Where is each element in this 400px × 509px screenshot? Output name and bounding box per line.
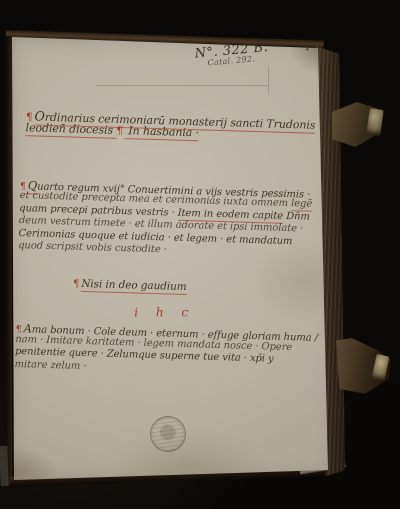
- clasp-bottom-icon: [336, 338, 392, 396]
- catalog-number: Catal. 292.: [207, 53, 269, 68]
- manuscript-page: N°. 322 B. Catal. 292. 1 ¶Ordinarius cer…: [6, 34, 340, 484]
- manuscript-photo: N°. 322 B. Catal. 292. 1 ¶Ordinarius cer…: [0, 0, 400, 509]
- ruling-line-horizontal: [96, 85, 268, 86]
- body-line-1: ¶Quarto regum xvij° Conuertimini a vijs …: [20, 178, 311, 201]
- clasp-top-icon: [332, 100, 388, 150]
- body-line-5: Cerimonias quoque et iudicia · et legem …: [18, 228, 292, 247]
- heading-line-2: leodien̄ diocesis ¶ In hasbania ·: [25, 121, 199, 139]
- clasp-metal-tip: [366, 108, 383, 136]
- maxims-line-1: ¶Ama bonum · Cole deum · eternum · effug…: [16, 321, 319, 344]
- cloth-sliver: [0, 446, 9, 486]
- body-line-6: quod scripsit vobis custodite ·: [18, 240, 167, 255]
- body-text-underlined: Item in eodem capite: [178, 208, 284, 224]
- body-text-underlined: legē: [291, 198, 312, 212]
- paraph-mark: ¶: [16, 324, 22, 335]
- paraph-mark: ¶: [20, 181, 26, 192]
- book-cover-left-edge: [5, 36, 12, 484]
- paraph-mark: ¶: [73, 279, 80, 290]
- motto-text: Nisi in deo gaudium: [81, 278, 187, 295]
- maxims-text: ma bonum · Cole deum · eternum · effuge …: [32, 324, 318, 343]
- body-text: et custodite precepta mea et cerimonias …: [19, 190, 291, 209]
- heading-initial: O: [34, 108, 45, 123]
- body-initial: Q: [28, 178, 38, 192]
- maxims-line-3: penitentie quere · Zelumque superne tue …: [15, 346, 274, 365]
- body-line-3: quam precepi patribus vestris · Item in …: [19, 203, 310, 223]
- ruling-line-vertical: [268, 66, 269, 94]
- body-text: quam precepi patribus vestris ·: [19, 203, 178, 219]
- maxims-line-4: mitare zelum ·: [14, 358, 86, 371]
- heading-text: In hasbania ·: [125, 124, 199, 141]
- body-text: uarto regum xvij° Conuertimini a vijs ve…: [37, 182, 310, 201]
- text-layer: N°. 322 B. Catal. 292. 1 ¶Ordinarius cer…: [12, 36, 327, 475]
- paraph-mark: ¶: [116, 125, 123, 137]
- heading-line-1: ¶Ordinarius cerimoniarū monasterij sanct…: [26, 108, 316, 132]
- paraph-mark: ¶: [26, 111, 33, 123]
- body-text: Dn̄m: [283, 211, 310, 223]
- body-line-4: deum vestrum timete · et illum adorate e…: [19, 215, 304, 234]
- maxims-initial: A: [23, 321, 32, 335]
- library-stamp: [148, 414, 189, 455]
- body-line-2: et custodite precepta mea et cerimonias …: [19, 190, 312, 210]
- motto-line: ¶Nisi in deo gaudium: [73, 278, 187, 293]
- maxims-line-2: nam · Imitare karitatem · legem mandata …: [15, 333, 292, 352]
- ihc-monogram: i h c: [134, 305, 195, 319]
- heading-text: rdinarius cerimoniarū monasterij sancti …: [45, 111, 316, 132]
- heading-text: leodien̄ diocesis: [25, 121, 116, 139]
